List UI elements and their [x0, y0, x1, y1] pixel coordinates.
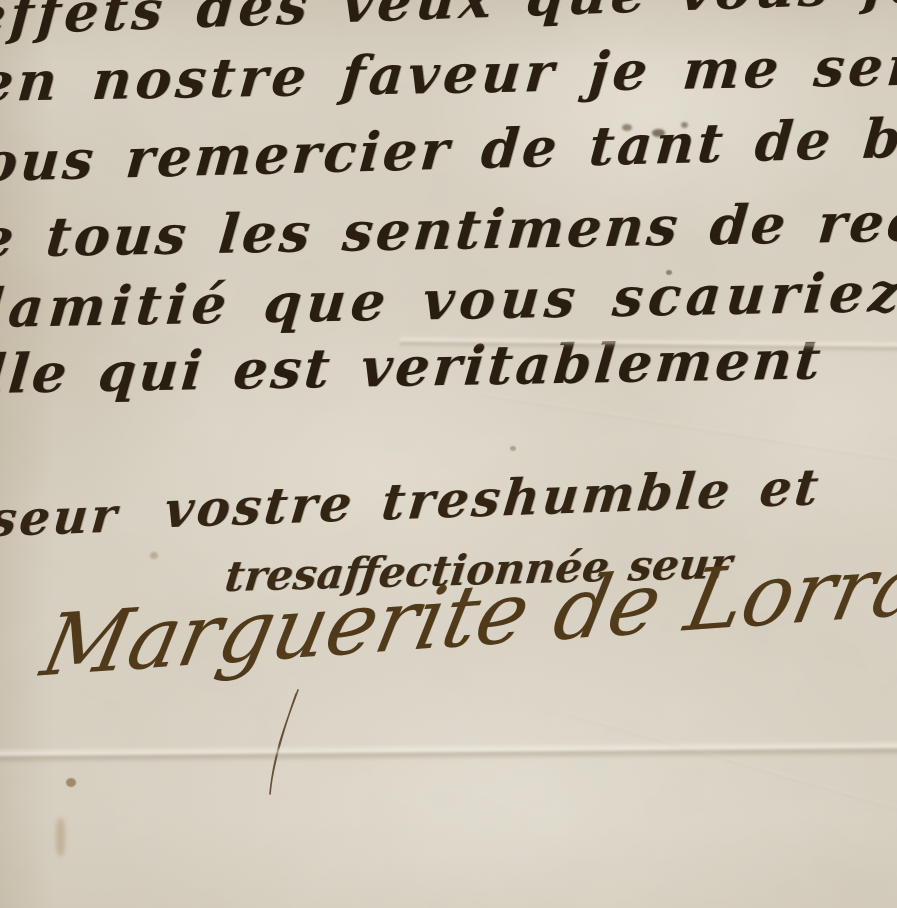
foxing-smear: [56, 818, 65, 856]
foxing-spot: [510, 446, 516, 451]
foxing-spot: [150, 552, 158, 559]
fold-crease-diagonal-lower: [568, 712, 897, 832]
signature-descender-stroke: [258, 688, 302, 800]
manuscript-line-2: en nostre faveur je me sens: [0, 33, 897, 114]
fold-crease-bottom: [0, 740, 897, 764]
manuscript-line-6: lle qui est veritablement: [0, 327, 826, 406]
fold-crease-diagonal-upper: [483, 392, 897, 471]
foxing-spot: [66, 778, 76, 787]
manuscript-line-3: ous remercier de tant de bonne:: [0, 101, 897, 194]
closing-word-seur: seur: [0, 487, 122, 548]
closing-line-1: vostre treshumble et: [162, 457, 824, 539]
manuscript-letter-photo: effets des veux que vous faites en nostr…: [0, 0, 897, 908]
manuscript-line-4: e tous les sentimens de recon:: [0, 188, 897, 270]
